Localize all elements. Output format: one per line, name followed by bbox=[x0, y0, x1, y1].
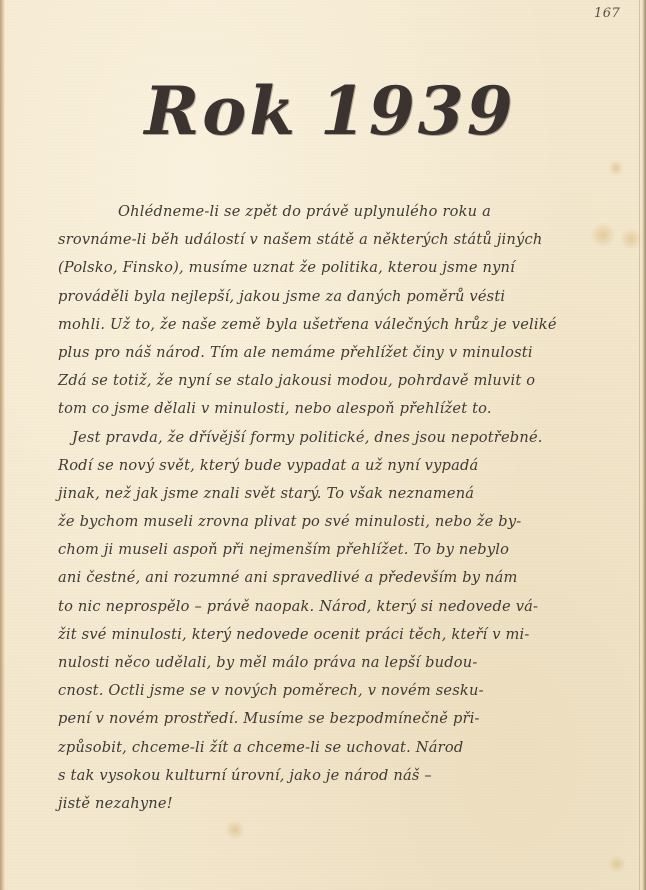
text-line: pení v novém prostředí. Musíme se bezpod… bbox=[58, 705, 578, 733]
text-line: Zdá se totiž, že nyní se stalo jakousi m… bbox=[58, 367, 578, 395]
text-line: ani čestné, ani rozumné ani spravedlivé … bbox=[58, 564, 578, 592]
paper-stain bbox=[225, 820, 245, 840]
text-line: způsobit, chceme-li žít a chceme-li se u… bbox=[58, 734, 578, 762]
text-line: srovnáme-li běh událostí v našem státě a… bbox=[58, 226, 578, 254]
margin-rule bbox=[639, 0, 640, 890]
page-title: Rok1939 bbox=[130, 66, 530, 156]
paper-stain bbox=[608, 855, 626, 873]
manuscript-page: 167 Rok1939 Ohlédneme-li se zpět do práv… bbox=[0, 0, 646, 890]
title-year: 1939 bbox=[320, 72, 516, 150]
text-line: plus pro náš národ. Tím ale nemáme přehl… bbox=[58, 339, 578, 367]
text-line: chom ji museli aspoň při nejmenším přehl… bbox=[58, 536, 578, 564]
text-line: prováděli byla nejlepší, jakou jsme za d… bbox=[58, 283, 578, 311]
text-line: jistě nezahyne! bbox=[58, 790, 578, 818]
page-left-edge bbox=[0, 0, 5, 890]
text-line: Jest pravda, že dřívější formy politické… bbox=[58, 424, 578, 452]
text-line: cnost. Octli jsme se v nových poměrech, … bbox=[58, 677, 578, 705]
text-line: žit své minulosti, který nedovede ocenit… bbox=[58, 621, 578, 649]
paper-stain bbox=[608, 160, 624, 176]
page-right-edge bbox=[642, 0, 646, 890]
paper-stain bbox=[590, 222, 616, 248]
handwritten-text-block: Ohlédneme-li se zpět do právě uplynulého… bbox=[58, 198, 578, 818]
page-number: 167 bbox=[594, 6, 620, 21]
text-line: to nic neprospělo – právě naopak. Národ,… bbox=[58, 593, 578, 621]
text-line: nulosti něco udělali, by měl málo práva … bbox=[58, 649, 578, 677]
text-line: Rodí se nový svět, který bude vypadat a … bbox=[58, 452, 578, 480]
text-line: mohli. Už to, že naše země byla ušetřena… bbox=[58, 311, 578, 339]
text-line: tom co jsme dělali v minulosti, nebo ale… bbox=[58, 395, 578, 423]
title-word: Rok bbox=[144, 72, 298, 150]
text-line: jinak, než jak jsme znali svět starý. To… bbox=[58, 480, 578, 508]
text-line: (Polsko, Finsko), musíme uznat že politi… bbox=[58, 254, 578, 282]
text-line: Ohlédneme-li se zpět do právě uplynulého… bbox=[58, 198, 578, 226]
paper-stain bbox=[620, 228, 642, 250]
text-line: že bychom museli zrovna plivat po své mi… bbox=[58, 508, 578, 536]
text-line: s tak vysokou kulturní úrovní, jako je n… bbox=[58, 762, 578, 790]
